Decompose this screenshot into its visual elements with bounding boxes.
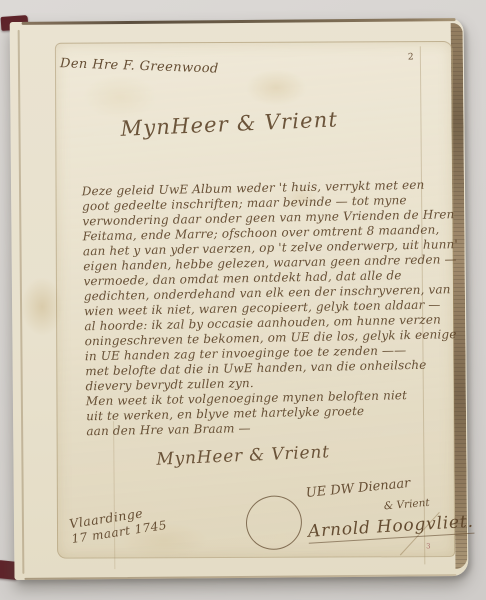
page-bottom-edge — [24, 574, 456, 580]
photo-backdrop: 2 Den Hre F. Greenwood MynHeer & Vrient … — [0, 0, 486, 600]
page-top-edge — [22, 18, 456, 25]
album-page: 2 Den Hre F. Greenwood MynHeer & Vrient … — [10, 18, 469, 580]
folio-number: 2 — [408, 52, 414, 62]
letter-body: Deze geleid UwE Album weder 't huis, ver… — [82, 177, 461, 439]
corner-mark: 3 — [426, 542, 431, 550]
gutter-fold-line — [18, 30, 25, 574]
